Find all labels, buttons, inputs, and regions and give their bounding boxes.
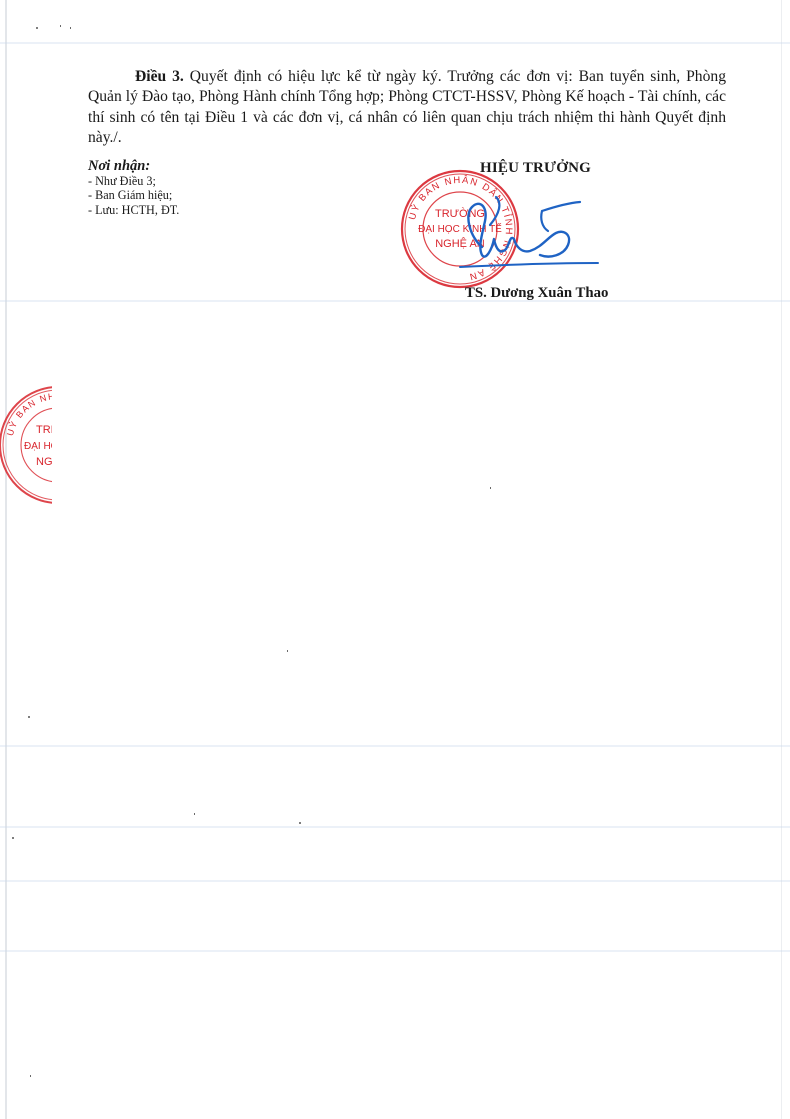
article-3-label: Điều 3. [135, 68, 184, 85]
partial-seal: UỶ BAN NHÂN TRI ĐẠI HỌ NG [0, 383, 70, 508]
recipient-item: - Ban Giám hiệu; [88, 188, 179, 202]
scan-streak [0, 826, 790, 828]
scan-speck [28, 716, 30, 718]
recipients-title: Nơi nhận: [88, 158, 179, 174]
scan-speck [70, 27, 71, 29]
recipient-item: - Lưu: HCTH, ĐT. [88, 203, 179, 217]
scan-streak [0, 300, 790, 302]
scan-speck [60, 25, 61, 27]
scan-speck [299, 822, 301, 824]
article-3-paragraph: Điều 3. Quyết định có hiệu lực kể từ ngà… [88, 67, 726, 149]
recipients-block: Nơi nhận: - Như Điều 3; - Ban Giám hiệu;… [88, 158, 179, 217]
handwritten-signature [430, 185, 610, 275]
scan-streak [0, 880, 790, 882]
article-3-text: Quyết định có hiệu lực kể từ ngày ký. Tr… [88, 68, 726, 147]
scan-streak [0, 42, 790, 44]
recipient-item: - Như Điều 3; [88, 174, 179, 188]
scan-streak [0, 950, 790, 952]
scan-speck [490, 487, 491, 489]
partial-seal-line-1: TRI [36, 424, 54, 436]
partial-seal-line-2: ĐẠI HỌ [24, 441, 59, 452]
scan-speck [12, 837, 14, 839]
scan-speck [36, 27, 38, 29]
scan-speck [30, 1075, 31, 1077]
scan-speck [194, 813, 195, 815]
scan-speck [287, 650, 288, 652]
scan-streak [0, 745, 790, 747]
signature-title: HIỆU TRƯỞNG [480, 160, 591, 177]
document-page: Điều 3. Quyết định có hiệu lực kể từ ngà… [0, 0, 790, 1119]
signer-name: TS. Dương Xuân Thao [465, 285, 608, 302]
partial-seal-line-3: NG [36, 456, 53, 468]
